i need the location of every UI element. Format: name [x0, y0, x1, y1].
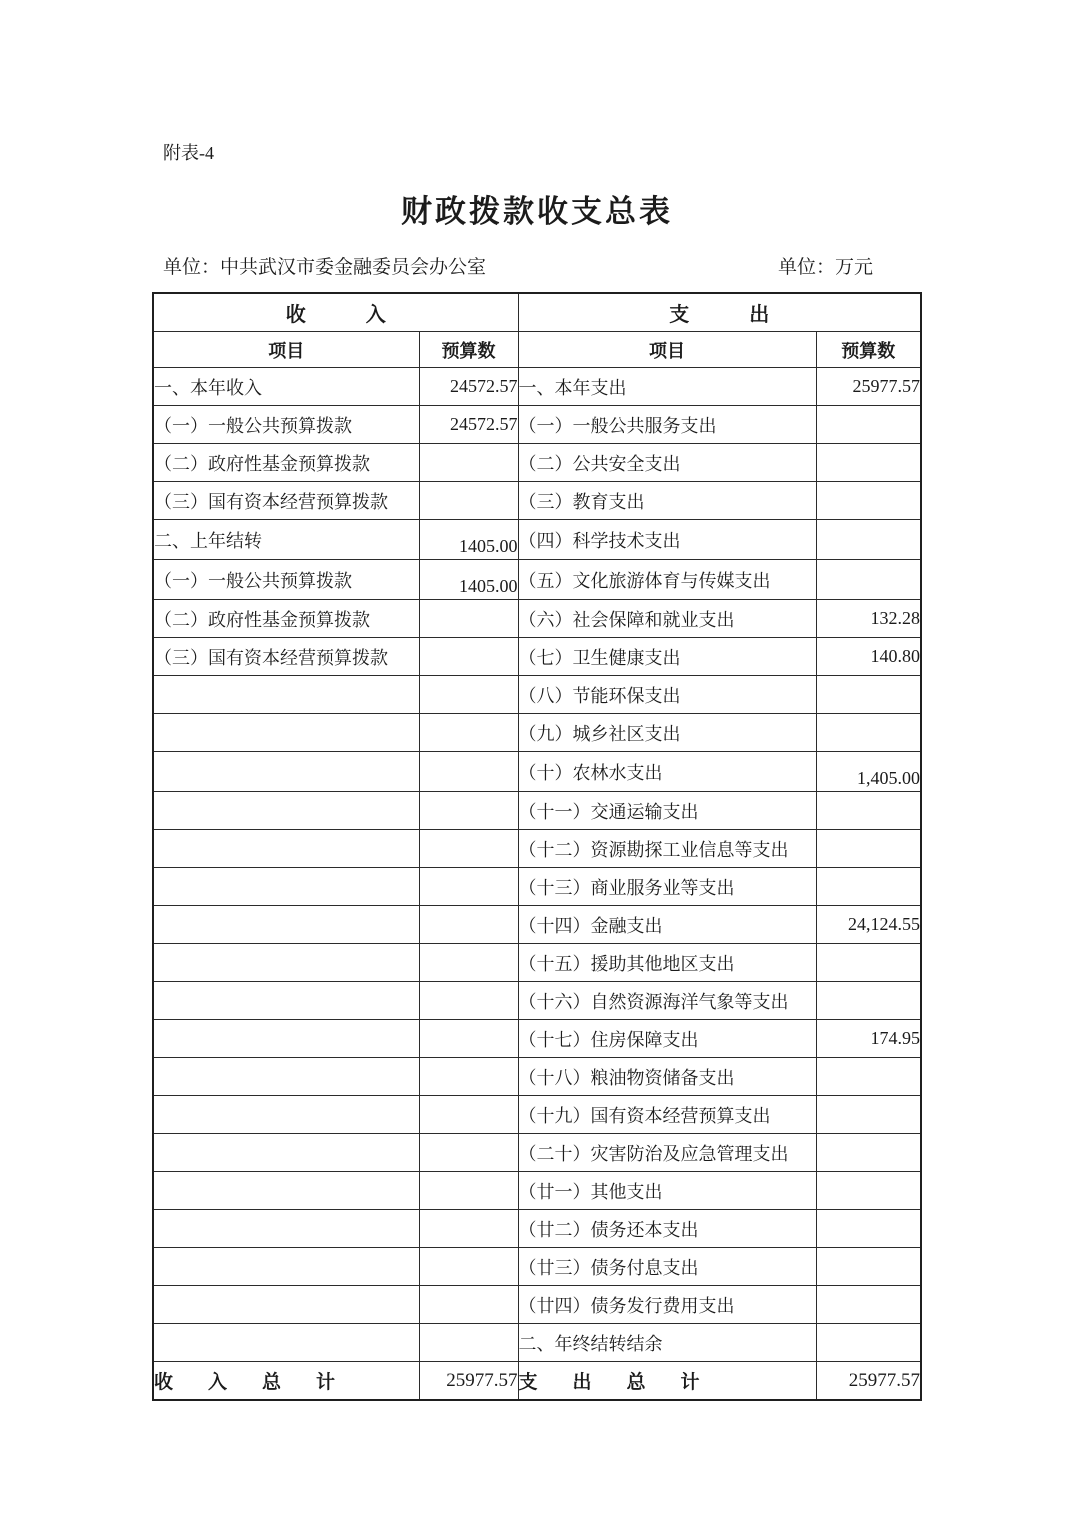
- expense-budget-cell: [816, 1096, 921, 1134]
- expense-budget-cell: [816, 1058, 921, 1096]
- table-row: （十二）资源勘探工业信息等支出: [153, 830, 921, 868]
- income-budget-cell: [419, 482, 518, 520]
- income-budget-cell: [419, 714, 518, 752]
- income-budget-cell: [419, 1172, 518, 1210]
- expense-budget-cell: [816, 792, 921, 830]
- income-budget-cell: [419, 830, 518, 868]
- income-item-cell: [153, 1324, 419, 1362]
- income-budget-cell: [419, 638, 518, 676]
- expense-item-cell: （十七）住房保障支出: [518, 1020, 816, 1058]
- income-item-cell: （三）国有资本经营预算拨款: [153, 482, 419, 520]
- income-budget-cell: 24572.57: [419, 406, 518, 444]
- expense-item-cell: （八）节能环保支出: [518, 676, 816, 714]
- expense-item-cell: （十三）商业服务业等支出: [518, 868, 816, 906]
- table-row: （廿二）债务还本支出: [153, 1210, 921, 1248]
- expense-budget-cell: 24,124.55: [816, 906, 921, 944]
- income-budget-cell: [419, 1134, 518, 1172]
- expense-budget-cell: [816, 714, 921, 752]
- table-row: （八）节能环保支出: [153, 676, 921, 714]
- table-row: （一）一般公共预算拨款1405.00（五）文化旅游体育与传媒支出: [153, 560, 921, 600]
- expense-item-cell: （九）城乡社区支出: [518, 714, 816, 752]
- document-page: 附表-4 财政拨款收支总表 单位：中共武汉市委金融委员会办公室 单位：万元 收 …: [0, 0, 1074, 1520]
- expense-item-cell: 二、年终结转结余: [518, 1324, 816, 1362]
- table-row: （十四）金融支出24,124.55: [153, 906, 921, 944]
- expense-budget-cell: [816, 1324, 921, 1362]
- income-budget-cell: [419, 1210, 518, 1248]
- income-budget-cell: [419, 982, 518, 1020]
- expense-item-cell: （十四）金融支出: [518, 906, 816, 944]
- income-item-cell: [153, 1286, 419, 1324]
- table-row: （十八）粮油物资储备支出: [153, 1058, 921, 1096]
- income-section-header: 收 入: [153, 293, 518, 332]
- income-budget-cell: [419, 1096, 518, 1134]
- table-row: 一、本年收入24572.57一、本年支出25977.57: [153, 368, 921, 406]
- income-item-cell: [153, 1020, 419, 1058]
- expense-item-cell: （十）农林水支出: [518, 752, 816, 792]
- unit-row: 单位：中共武汉市委金融委员会办公室 单位：万元: [163, 252, 873, 279]
- expense-total-value: 25977.57: [816, 1362, 921, 1401]
- table-row: （十）农林水支出1,405.00: [153, 752, 921, 792]
- table-row: （廿三）债务付息支出: [153, 1248, 921, 1286]
- income-item-cell: （三）国有资本经营预算拨款: [153, 638, 419, 676]
- expense-item-cell: （七）卫生健康支出: [518, 638, 816, 676]
- income-item-cell: （一）一般公共预算拨款: [153, 560, 419, 600]
- expense-budget-cell: [816, 1134, 921, 1172]
- expense-budget-cell: [816, 1172, 921, 1210]
- income-item-cell: [153, 944, 419, 982]
- income-item-cell: [153, 1248, 419, 1286]
- expense-item-cell: （四）科学技术支出: [518, 520, 816, 560]
- expense-item-cell: （六）社会保障和就业支出: [518, 600, 816, 638]
- expense-budget-cell: [816, 830, 921, 868]
- income-item-cell: [153, 792, 419, 830]
- table-row: （二）政府性基金预算拨款（二）公共安全支出: [153, 444, 921, 482]
- expense-budget-cell: [816, 868, 921, 906]
- expense-item-cell: （二）公共安全支出: [518, 444, 816, 482]
- expense-section-header: 支 出: [518, 293, 921, 332]
- income-budget-cell: 24572.57: [419, 368, 518, 406]
- expense-budget-cell: [816, 1248, 921, 1286]
- expense-item-cell: （十五）援助其他地区支出: [518, 944, 816, 982]
- table-row: （十一）交通运输支出: [153, 792, 921, 830]
- expense-budget-cell: [816, 982, 921, 1020]
- income-item-cell: 一、本年收入: [153, 368, 419, 406]
- expense-item-cell: （三）教育支出: [518, 482, 816, 520]
- income-budget-cell: [419, 1324, 518, 1362]
- income-budget-cell: [419, 752, 518, 792]
- page-title: 财政拨款收支总表: [0, 186, 1074, 231]
- income-total-label: 收 入 总 计: [153, 1362, 419, 1401]
- expense-budget-cell: [816, 406, 921, 444]
- table-row: （三）国有资本经营预算拨款（七）卫生健康支出140.80: [153, 638, 921, 676]
- income-budget-cell: [419, 1286, 518, 1324]
- table-row: （十九）国有资本经营预算支出: [153, 1096, 921, 1134]
- expense-item-cell: （廿二）债务还本支出: [518, 1210, 816, 1248]
- expense-item-cell: （十九）国有资本经营预算支出: [518, 1096, 816, 1134]
- income-budget-cell: [419, 792, 518, 830]
- table-row: （十五）援助其他地区支出: [153, 944, 921, 982]
- expense-budget-cell: [816, 444, 921, 482]
- section-header-row: 收 入 支 出: [153, 293, 921, 332]
- table-row: （廿一）其他支出: [153, 1172, 921, 1210]
- table-row: （一）一般公共预算拨款24572.57（一）一般公共服务支出: [153, 406, 921, 444]
- budget-table-head: 收 入 支 出 项目 预算数 项目 预算数: [153, 293, 921, 368]
- income-item-cell: [153, 982, 419, 1020]
- income-budget-cell: [419, 906, 518, 944]
- unit-organization: 单位：中共武汉市委金融委员会办公室: [163, 252, 486, 279]
- table-row: （十六）自然资源海洋气象等支出: [153, 982, 921, 1020]
- income-item-cell: [153, 906, 419, 944]
- expense-item-cell: （十一）交通运输支出: [518, 792, 816, 830]
- expense-item-cell: （廿三）债务付息支出: [518, 1248, 816, 1286]
- income-budget-cell: [419, 444, 518, 482]
- income-item-cell: 二、上年结转: [153, 520, 419, 560]
- expense-item-cell: （一）一般公共服务支出: [518, 406, 816, 444]
- income-budget-cell: [419, 676, 518, 714]
- income-budget-cell: [419, 1248, 518, 1286]
- expense-budget-cell: [816, 676, 921, 714]
- income-item-cell: [153, 1210, 419, 1248]
- income-item-cell: [153, 830, 419, 868]
- expense-budget-cell: 25977.57: [816, 368, 921, 406]
- table-row: （十七）住房保障支出174.95: [153, 1020, 921, 1058]
- table-row: （十三）商业服务业等支出: [153, 868, 921, 906]
- expense-item-cell: （廿一）其他支出: [518, 1172, 816, 1210]
- budget-table: 收 入 支 出 项目 预算数 项目 预算数 一、本年收入24572.57一、本年…: [152, 292, 922, 1401]
- income-item-cell: [153, 1058, 419, 1096]
- annex-label: 附表-4: [163, 139, 214, 165]
- income-budget-cell: [419, 1058, 518, 1096]
- income-budget-cell: [419, 944, 518, 982]
- income-item-cell: [153, 1096, 419, 1134]
- income-item-cell: （一）一般公共预算拨款: [153, 406, 419, 444]
- table-row: （九）城乡社区支出: [153, 714, 921, 752]
- budget-table-footer: 收 入 总 计 25977.57 支 出 总 计 25977.57: [153, 1362, 921, 1401]
- expense-total-label: 支 出 总 计: [518, 1362, 816, 1401]
- expense-item-header: 项目: [518, 332, 816, 368]
- expense-budget-cell: [816, 944, 921, 982]
- expense-item-cell: （十八）粮油物资储备支出: [518, 1058, 816, 1096]
- income-item-cell: [153, 868, 419, 906]
- expense-item-cell: 一、本年支出: [518, 368, 816, 406]
- income-item-cell: （二）政府性基金预算拨款: [153, 600, 419, 638]
- expense-item-cell: （十六）自然资源海洋气象等支出: [518, 982, 816, 1020]
- table-row: （廿四）债务发行费用支出: [153, 1286, 921, 1324]
- expense-item-cell: （十二）资源勘探工业信息等支出: [518, 830, 816, 868]
- unit-currency: 单位：万元: [778, 252, 873, 279]
- income-item-header: 项目: [153, 332, 419, 368]
- expense-budget-cell: 132.28: [816, 600, 921, 638]
- income-item-cell: [153, 752, 419, 792]
- column-header-row: 项目 预算数 项目 预算数: [153, 332, 921, 368]
- expense-budget-cell: [816, 482, 921, 520]
- income-item-cell: [153, 1134, 419, 1172]
- income-budget-cell: [419, 868, 518, 906]
- budget-table-body: 一、本年收入24572.57一、本年支出25977.57（一）一般公共预算拨款2…: [153, 368, 921, 1362]
- table-row: 二、年终结转结余: [153, 1324, 921, 1362]
- totals-row: 收 入 总 计 25977.57 支 出 总 计 25977.57: [153, 1362, 921, 1401]
- income-budget-cell: [419, 600, 518, 638]
- table-row: （三）国有资本经营预算拨款（三）教育支出: [153, 482, 921, 520]
- expense-item-cell: （廿四）债务发行费用支出: [518, 1286, 816, 1324]
- expense-budget-cell: [816, 520, 921, 560]
- expense-item-cell: （五）文化旅游体育与传媒支出: [518, 560, 816, 600]
- expense-budget-cell: 174.95: [816, 1020, 921, 1058]
- table-row: （二）政府性基金预算拨款（六）社会保障和就业支出132.28: [153, 600, 921, 638]
- expense-budget-cell: [816, 1210, 921, 1248]
- expense-budget-cell: [816, 1286, 921, 1324]
- expense-budget-cell: [816, 560, 921, 600]
- expense-budget-cell: 140.80: [816, 638, 921, 676]
- expense-item-cell: （二十）灾害防治及应急管理支出: [518, 1134, 816, 1172]
- income-item-cell: （二）政府性基金预算拨款: [153, 444, 419, 482]
- income-budget-header: 预算数: [419, 332, 518, 368]
- table-row: （二十）灾害防治及应急管理支出: [153, 1134, 921, 1172]
- income-total-value: 25977.57: [419, 1362, 518, 1401]
- income-item-cell: [153, 714, 419, 752]
- expense-budget-cell: 1,405.00: [816, 752, 921, 792]
- table-row: 二、上年结转1405.00（四）科学技术支出: [153, 520, 921, 560]
- expense-budget-header: 预算数: [816, 332, 921, 368]
- income-item-cell: [153, 676, 419, 714]
- income-budget-cell: 1405.00: [419, 520, 518, 560]
- income-budget-cell: [419, 1020, 518, 1058]
- income-budget-cell: 1405.00: [419, 560, 518, 600]
- income-item-cell: [153, 1172, 419, 1210]
